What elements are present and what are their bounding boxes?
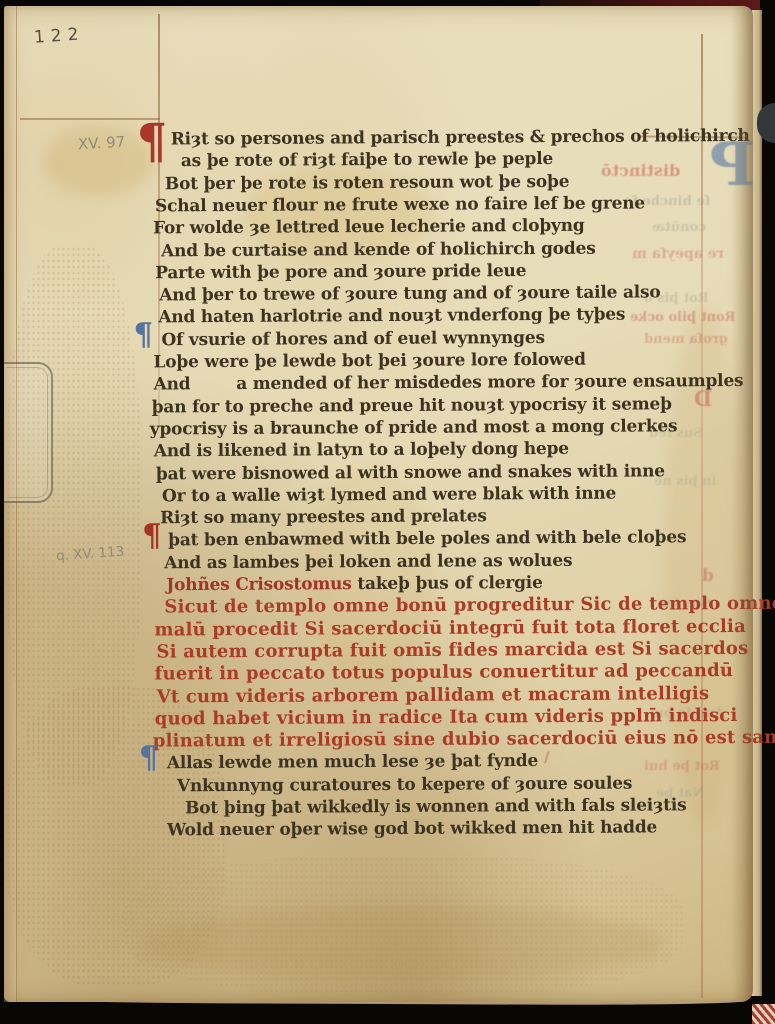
paraph-mark-red-large: ¶	[137, 123, 168, 161]
text-segment: Johñes Crisostomus	[166, 574, 357, 595]
text-line: malū procedit Si sacerdociū integrū fuit…	[154, 617, 746, 641]
page-holder-tab	[4, 362, 53, 503]
text-line: And þer to trewe of ȝoure tung and of ȝo…	[159, 282, 660, 305]
text-segment: takeþ þus of clergie	[357, 573, 542, 594]
text-line: And is likened in latyn to a loþely dong…	[154, 439, 569, 462]
text-line: Riȝt so many preestes and prelates	[160, 506, 487, 528]
page-curl-shading	[731, 6, 753, 1002]
paraph-mark-blue: ¶	[133, 322, 153, 347]
text-line: Vnkunnyng curatoures to kepere of ȝoure …	[177, 773, 632, 796]
text-line: And a mended of her misdedes more for ȝo…	[154, 371, 744, 395]
text-line: Loþe were þe lewde bot þei ȝoure lore fo…	[153, 350, 585, 373]
text-line: Johñes Crisostomus takeþ þus of clergie	[166, 573, 543, 595]
text-line: Bot þing þat wikkedly is wonnen and with…	[185, 795, 687, 818]
manuscript-photo: 122 XV. 97 q. XV. 113 distinctōPſe hinch…	[0, 0, 775, 1024]
text-line: Wold neuer oþer wise god bot wikked men …	[167, 818, 657, 841]
text-line: Sicut de templo omne bonū progreditur Si…	[164, 594, 775, 618]
text-line: And haten harlotrie and nouȝt vnderfong …	[158, 305, 625, 328]
text-line: ypocrisy is a braunche of pride and most…	[150, 416, 678, 439]
text-line: And be curtaise and kende of holichirch …	[161, 238, 596, 261]
text-line: Riȝt so persones and parisch preestes & …	[171, 126, 750, 150]
text-line: plinatum et irreligiosū sine dubio sacer…	[153, 728, 775, 752]
text-line: þan for to preche and preue hit nouȝt yp…	[152, 394, 672, 417]
text-line: Or to a walle wiȝt lymed and were blak w…	[162, 483, 616, 506]
text-line: Vt cum videris arborem pallidam et macra…	[157, 684, 710, 707]
text-line: Allas lewde men much lese ȝe þat fynde	[167, 751, 538, 773]
text-line: Of vsurie of hores and of euel wynnynges	[161, 328, 545, 350]
text-line: quod habet vicium in radice Ita cum vide…	[155, 706, 738, 730]
text-block: ¶Riȝt so persones and parisch preestes &…	[2, 5, 754, 1004]
text-line: þat were bisnowed al with snowe and snak…	[156, 461, 665, 484]
text-line: Si autem corrupta fuit omīs fides marcid…	[156, 639, 748, 663]
bookmark-ribbon	[752, 1004, 775, 1024]
text-line: And as lambes þei loken and lene as wolu…	[164, 550, 572, 572]
paraph-mark-red: ¶	[142, 524, 162, 549]
text-line: as þe rote of riȝt faiþe to rewle þe pep…	[181, 149, 553, 171]
text-line: fuerit in peccato totus populus conuerti…	[155, 661, 734, 685]
text-line: þat ben enbawmed with bele poles and wit…	[168, 528, 686, 551]
text-line: Bot þer þe rote is roten resoun wot þe s…	[165, 171, 570, 193]
text-line: Schal neuer flour ne frute wexe no faire…	[155, 193, 645, 216]
text-line: For wolde ȝe lettred leue lecherie and c…	[153, 216, 585, 239]
text-line: Parte with þe pore and ȝoure pride leue	[155, 261, 526, 283]
manuscript-page: 122 XV. 97 q. XV. 113 distinctōPſe hinch…	[4, 6, 753, 1002]
paraph-mark-blue: ¶	[139, 746, 159, 771]
